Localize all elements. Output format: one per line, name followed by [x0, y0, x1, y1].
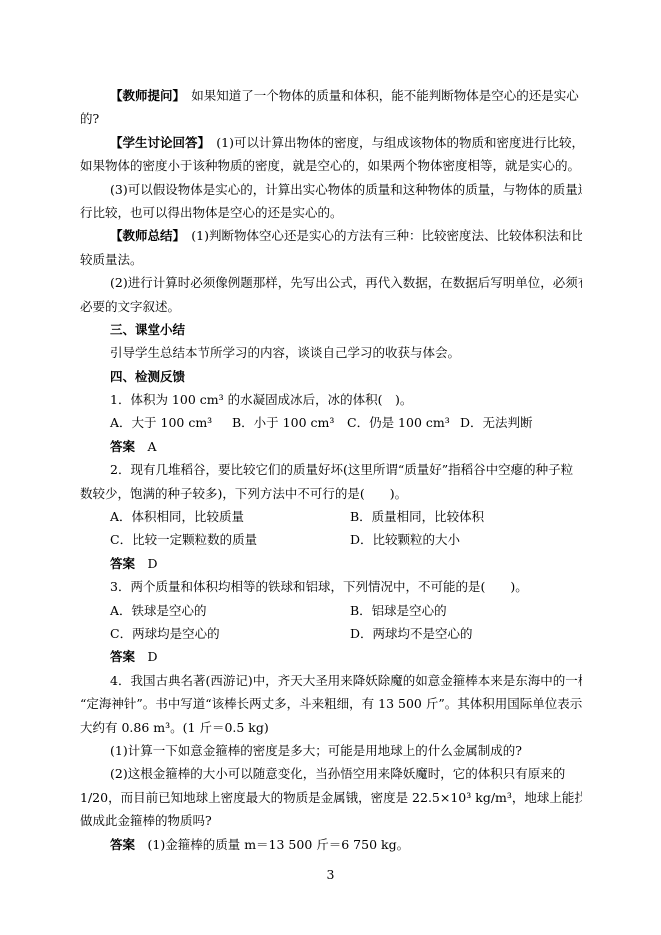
document-body: 【教师提问】 如果知道了一个物体的质量和体积，能不能判断物体是空心的还是实心的?… [80, 84, 582, 856]
options-row: A．体积相同，比较质量B．质量相同，比较体积 [80, 505, 582, 528]
text-line: 答案 (1)金箍棒的质量 m＝13 500 斤＝6 750 kg。 [80, 833, 582, 856]
text-line: 【学生讨论回答】 (1)可以计算出物体的密度，与组成该物体的物质和密度进行比较， [80, 131, 582, 154]
text-line: 3．两个质量和体积均相等的铁球和铝球，下列情况中，不可能的是( )。 [80, 575, 582, 598]
text-segment: C．仍是 100 cm³ [347, 411, 460, 434]
text-segment: 行比较，也可以得出物体是空心的还是实心的。 [80, 205, 343, 220]
options-row: C．比较一定颗粒数的质量D．比较颗粒的大小 [80, 528, 582, 551]
text-segment: 【教师总结】 [110, 228, 179, 243]
text-segment: D．两球均不是空心的 [350, 622, 582, 645]
text-line: 如果物体的密度小于该种物质的密度，就是空心的，如果两个物体密度相等，就是实心的。 [80, 154, 582, 177]
text-segment: D．比较颗粒的大小 [350, 528, 582, 551]
text-line: 4．我国古典名著(西游记)中，齐天大圣用来降妖除魔的如意金箍棒本来是东海中的一根 [80, 669, 582, 692]
text-line: 行比较，也可以得出物体是空心的还是实心的。 [80, 201, 582, 224]
text-segment: 如果物体的密度小于该种物质的密度，就是空心的，如果两个物体密度相等，就是实心的。 [80, 158, 580, 173]
text-segment: B．铝球是空心的 [350, 599, 582, 622]
text-segment: D [135, 649, 158, 664]
text-segment: (1)金箍棒的质量 m＝13 500 斤＝6 750 kg。 [135, 837, 409, 852]
text-line: 1．体积为 100 cm³ 的水凝固成冰后，冰的体积( )。 [80, 388, 582, 411]
text-segment: 4．我国古典名著(西游记)中，齐天大圣用来降妖除魔的如意金箍棒本来是东海中的一根 [110, 673, 582, 688]
text-line: (2)这根金箍棒的大小可以随意变化，当孙悟空用来降妖魔时，它的体积只有原来的 [80, 762, 582, 785]
text-segment: A．体积相同，比较质量 [110, 505, 350, 528]
text-segment: (1)判断物体空心还是实心的方法有三种：比较密度法、比较体积法和比 [179, 228, 582, 243]
text-segment: 四、检测反馈 [110, 369, 185, 384]
text-segment: 【教师提问】 [110, 88, 179, 103]
text-segment: 大约有 0.86 m³。(1 斤＝0.5 kg) [80, 720, 269, 735]
text-line: 2．现有几堆稻谷，要比较它们的质量好坏(这里所谓“质量好”指稻谷中空瘪的种子粒 [80, 458, 582, 481]
text-line: 大约有 0.86 m³。(1 斤＝0.5 kg) [80, 716, 582, 739]
page-number: 3 [0, 866, 661, 884]
text-line: 【教师总结】 (1)判断物体空心还是实心的方法有三种：比较密度法、比较体积法和比 [80, 224, 582, 247]
options-row: A．铁球是空心的B．铝球是空心的 [80, 599, 582, 622]
text-segment: 较质量法。 [80, 252, 143, 267]
text-line: (3)可以假设物体是实心的，计算出实心物体的质量和这种物体的质量，与物体的质量进 [80, 178, 582, 201]
text-segment: (2)这根金箍棒的大小可以随意变化，当孙悟空用来降妖魔时，它的体积只有原来的 [110, 766, 565, 781]
text-line: 四、检测反馈 [80, 365, 582, 388]
text-segment: (3)可以假设物体是实心的，计算出实心物体的质量和这种物体的质量，与物体的质量进 [110, 182, 582, 197]
text-segment: 答案 [110, 649, 135, 664]
options-row: C．两球均是空心的D．两球均不是空心的 [80, 622, 582, 645]
text-segment: C．两球均是空心的 [110, 622, 350, 645]
text-line: (2)进行计算时必须像例题那样，先写出公式，再代入数据，在数据后写明单位，必须有 [80, 271, 582, 294]
text-segment: 必要的文字叙述。 [80, 299, 180, 314]
options-row: A．大于 100 cm³B．小于 100 cm³C．仍是 100 cm³D．无法… [80, 411, 582, 434]
text-segment: B．小于 100 cm³ [232, 411, 347, 434]
text-line: 的? [80, 107, 582, 130]
page: 【教师提问】 如果知道了一个物体的质量和体积，能不能判断物体是空心的还是实心的?… [0, 0, 661, 935]
text-segment: (2)进行计算时必须像例题那样，先写出公式，再代入数据，在数据后写明单位，必须有 [110, 275, 582, 290]
text-segment: “定海神针”。书中写道“该棒长两丈多，斗来粗细，有 13 500 斤”。其体积用… [80, 696, 582, 711]
text-line: 数较少，饱满的种子较多)，下列方法中不可行的是( )。 [80, 482, 582, 505]
text-line: 做成此金箍棒的物质吗? [80, 809, 582, 832]
text-line: (1)计算一下如意金箍棒的密度是多大；可能是用地球上的什么金属制成的? [80, 739, 582, 762]
text-line: 答案 D [80, 645, 582, 668]
text-segment: 引导学生总结本节所学习的内容，谈谈自己学习的收获与体会。 [110, 345, 460, 360]
text-segment: 做成此金箍棒的物质吗? [80, 813, 212, 828]
text-segment: A [135, 439, 157, 454]
text-line: 必要的文字叙述。 [80, 295, 582, 318]
text-segment: (1)可以计算出物体的密度，与组成该物体的物质和密度进行比较， [204, 135, 582, 150]
text-segment: D [135, 556, 158, 571]
text-line: “定海神针”。书中写道“该棒长两丈多，斗来粗细，有 13 500 斤”。其体积用… [80, 692, 582, 715]
text-segment: D．无法判断 [460, 411, 533, 434]
text-segment: 数较少，饱满的种子较多)，下列方法中不可行的是( )。 [80, 486, 407, 501]
text-segment: B．质量相同，比较体积 [350, 505, 582, 528]
text-segment: C．比较一定颗粒数的质量 [110, 528, 350, 551]
text-segment: 3．两个质量和体积均相等的铁球和铝球，下列情况中，不可能的是( )。 [110, 579, 528, 594]
text-segment: 如果知道了一个物体的质量和体积，能不能判断物体是空心的还是实心 [179, 88, 579, 103]
text-segment: 答案 [110, 556, 135, 571]
text-segment: 【学生讨论回答】 [110, 135, 204, 150]
text-line: 引导学生总结本节所学习的内容，谈谈自己学习的收获与体会。 [80, 341, 582, 364]
text-segment: 1/20，而目前已知地球上密度最大的物质是金属锇，密度是 22.5×10³ kg… [80, 790, 582, 805]
text-line: 答案 A [80, 435, 582, 458]
text-line: 较质量法。 [80, 248, 582, 271]
text-line: 1/20，而目前已知地球上密度最大的物质是金属锇，密度是 22.5×10³ kg… [80, 786, 582, 809]
text-segment: 2．现有几堆稻谷，要比较它们的质量好坏(这里所谓“质量好”指稻谷中空瘪的种子粒 [110, 462, 573, 477]
text-line: 【教师提问】 如果知道了一个物体的质量和体积，能不能判断物体是空心的还是实心 [80, 84, 582, 107]
text-segment: 答案 [110, 837, 135, 852]
text-segment: 答案 [110, 439, 135, 454]
text-segment: (1)计算一下如意金箍棒的密度是多大；可能是用地球上的什么金属制成的? [110, 743, 522, 758]
text-segment: 1．体积为 100 cm³ 的水凝固成冰后，冰的体积( )。 [110, 392, 412, 407]
text-segment: A．大于 100 cm³ [110, 411, 232, 434]
text-segment: 三、课堂小结 [110, 322, 185, 337]
text-line: 答案 D [80, 552, 582, 575]
text-segment: 的? [80, 111, 99, 126]
text-line: 三、课堂小结 [80, 318, 582, 341]
text-segment: A．铁球是空心的 [110, 599, 350, 622]
